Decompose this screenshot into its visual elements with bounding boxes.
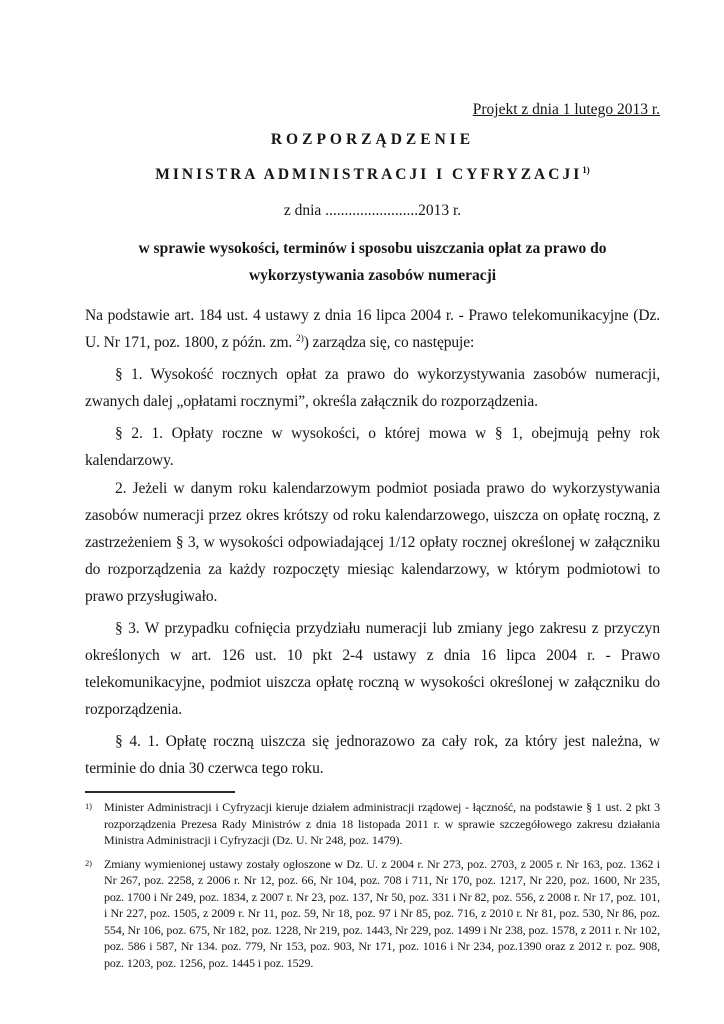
regulation-body: Na podstawie art. 184 ust. 4 ustawy z dn… <box>85 302 660 782</box>
regulation-date-line: z dnia ........................2013 r. <box>85 202 660 220</box>
project-date-line: Projekt z dnia 1 lutego 2013 r. <box>85 102 660 118</box>
preamble-paragraph: Na podstawie art. 184 ust. 4 ustawy z dn… <box>85 302 660 356</box>
regulation-issuer-text: MINISTRA ADMINISTRACJI I CYFRYZACJI <box>155 166 582 183</box>
preamble-text-after-ref: ) zarządza się, co następuje: <box>304 334 475 351</box>
body-paragraph: § 1. Wysokość rocznych opłat za prawo do… <box>85 361 660 415</box>
regulation-subject: w sprawie wysokości, terminów i sposobu … <box>85 235 660 289</box>
footnote: 1)Minister Administracji i Cyfryzacji ki… <box>85 799 660 849</box>
footnote-ref: 2) <box>85 855 92 872</box>
footnote-ref: 1) <box>85 798 92 815</box>
regulation-issuer: MINISTRA ADMINISTRACJI I CYFRYZACJI1) <box>85 165 660 184</box>
issuer-footnote-ref: 1) <box>582 165 590 175</box>
regulation-title: ROZPORZĄDZENIE <box>85 131 660 148</box>
body-paragraph: § 3. W przypadku cofnięcia przydziału nu… <box>85 615 660 723</box>
regulation-subject-line1: w sprawie wysokości, terminów i sposobu … <box>85 235 660 262</box>
body-paragraph: § 4. 1. Opłatę roczną uiszcza się jednor… <box>85 728 660 782</box>
footnotes-section: 1)Minister Administracji i Cyfryzacji ki… <box>85 791 660 971</box>
footnote-separator <box>85 791 235 793</box>
regulation-subject-line2: wykorzystywania zasobów numeracji <box>85 262 660 289</box>
body-paragraph: 2. Jeżeli w danym roku kalendarzowym pod… <box>85 475 660 610</box>
footnote: 2)Zmiany wymienionej ustawy zostały ogło… <box>85 856 660 972</box>
footnote-text: Zmiany wymienionej ustawy zostały ogłosz… <box>104 857 660 970</box>
footnote-text: Minister Administracji i Cyfryzacji kier… <box>104 800 660 847</box>
preamble-footnote-ref: 2) <box>296 334 304 344</box>
body-paragraph: § 2. 1. Opłaty roczne w wysokości, o któ… <box>85 420 660 474</box>
project-date-text: Projekt z dnia 1 lutego 2013 r. <box>473 101 660 118</box>
document-page: Projekt z dnia 1 lutego 2013 r. ROZPORZĄ… <box>0 0 724 1024</box>
